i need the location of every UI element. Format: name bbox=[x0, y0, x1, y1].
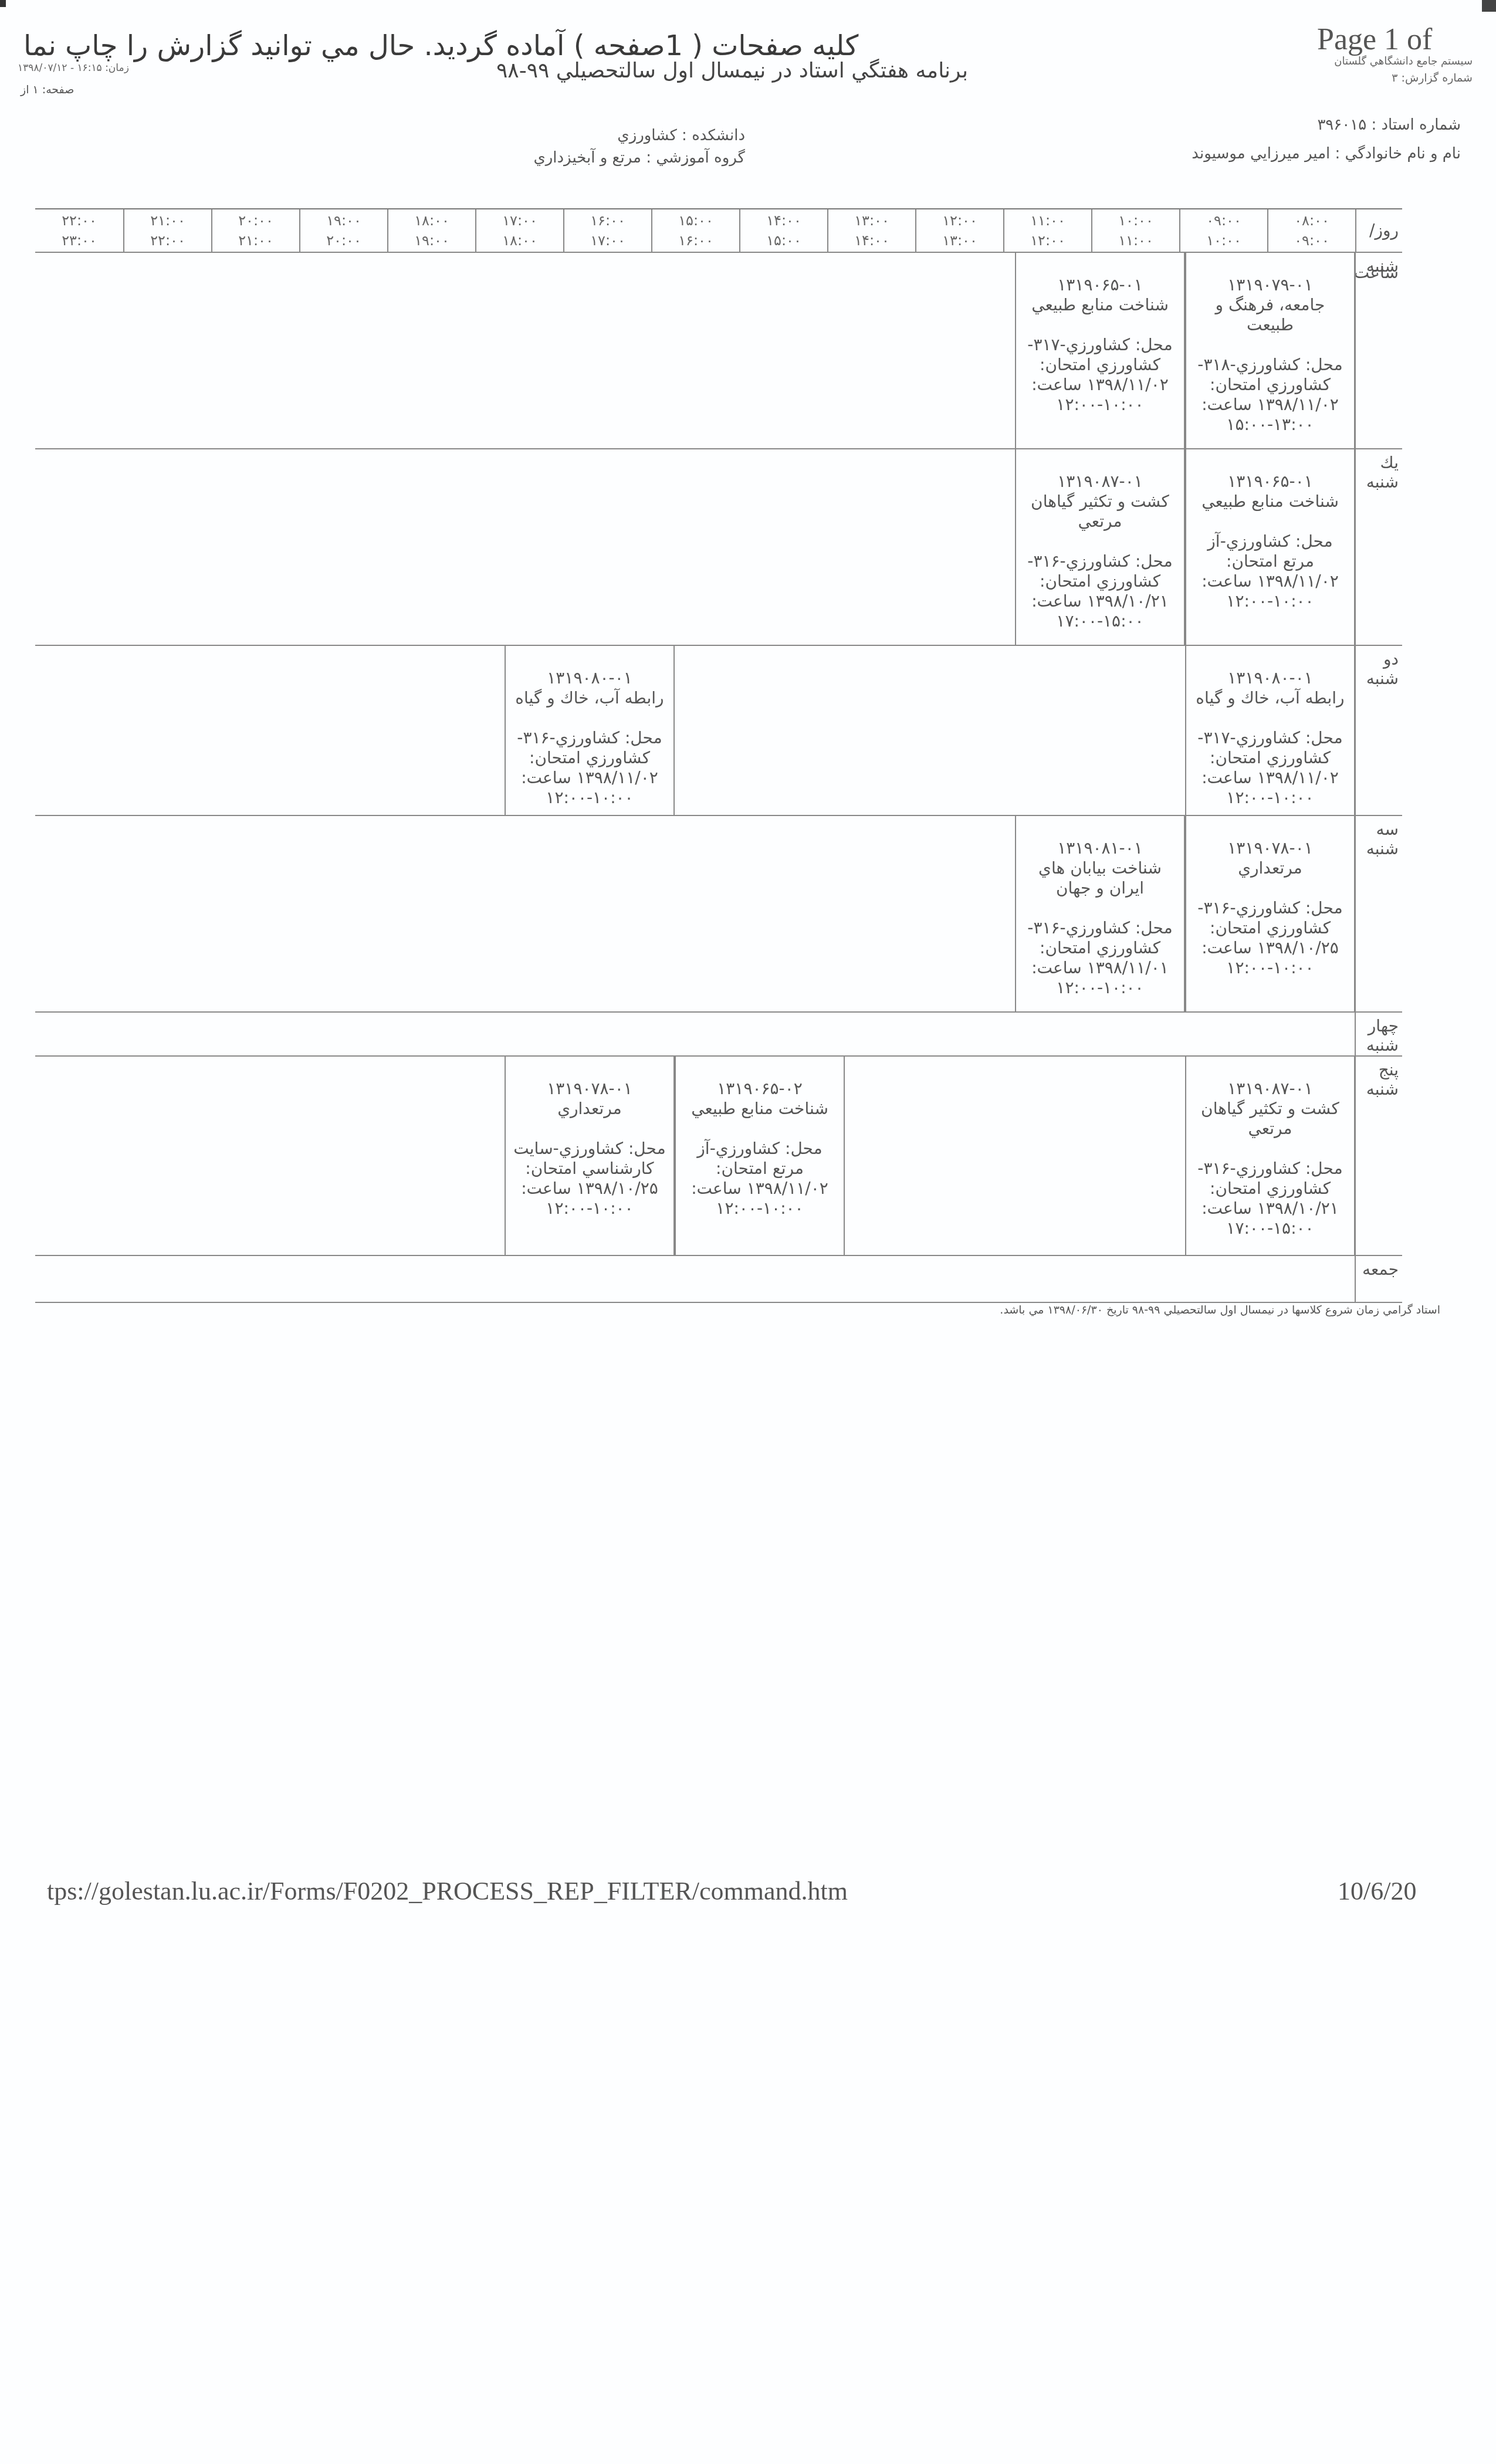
time-slot-end: ۱۶:۰۰ bbox=[652, 231, 739, 251]
course-cell[interactable]: ۱۳۱۹۰۸۷-۰۱کشت و تکثير گياهان مرتعيمحل: ک… bbox=[1015, 448, 1185, 645]
time-slot-start: ۱۸:۰۰ bbox=[388, 211, 475, 231]
time-slot-end: ۱۱:۰۰ bbox=[1092, 231, 1179, 251]
time-slot-start: ۱۴:۰۰ bbox=[740, 211, 827, 231]
time-slot-header: ۱۹:۰۰۲۰:۰۰ bbox=[299, 209, 387, 252]
time-slot-start: ۱۶:۰۰ bbox=[564, 211, 651, 231]
system-name: سيستم جامع دانشگاهي گلستان bbox=[1279, 55, 1473, 67]
time-slot-end: ۱۸:۰۰ bbox=[476, 231, 563, 251]
course-code: ۱۳۱۹۰۷۹-۰۱ bbox=[1191, 275, 1349, 295]
course-cell[interactable]: ۱۳۱۹۰۶۵-۰۱شناخت منابع طبيعيمحل: کشاورزي-… bbox=[1015, 252, 1185, 448]
day-label: چهار شنبه bbox=[1355, 1011, 1402, 1055]
footer-date: 10/6/20 bbox=[1338, 1876, 1416, 1906]
time-slot-header: ۱۵:۰۰۱۶:۰۰ bbox=[651, 209, 739, 252]
course-code: ۱۳۱۹۰۸۰-۰۱ bbox=[510, 668, 669, 688]
course-location-exam: محل: کشاورزي-۳۱۷-کشاورزي امتحان: ۱۳۹۸/۱۱… bbox=[1191, 728, 1349, 808]
teacher-id: شماره استاد : ۳۹۶۰۱۵ bbox=[1144, 116, 1461, 134]
time-slot-header: ۰۹:۰۰۱۰:۰۰ bbox=[1179, 209, 1267, 252]
course-name: شناخت منابع طبيعي bbox=[1191, 492, 1349, 512]
time-slot-start: ۲۱:۰۰ bbox=[124, 211, 211, 231]
day-row: پنج شنبه۱۳۱۹۰۸۷-۰۱کشت و تکثير گياهان مرت… bbox=[35, 1055, 1402, 1256]
time-slot-start: ۰۸:۰۰ bbox=[1268, 211, 1355, 231]
day-row: دو شنبه۱۳۱۹۰۸۰-۰۱رابطه آب، خاك و گياهمحل… bbox=[35, 645, 1402, 816]
footnote: استاد گرامي زمان شروع کلاسها در نيمسال ا… bbox=[780, 1304, 1440, 1316]
course-cell[interactable]: ۱۳۱۹۰۶۵-۰۲شناخت منابع طبيعيمحل: کشاورزي-… bbox=[675, 1055, 845, 1255]
time-slot-end: ۱۴:۰۰ bbox=[828, 231, 915, 251]
spacer bbox=[1191, 1139, 1349, 1159]
time-slot-header: ۲۰:۰۰۲۱:۰۰ bbox=[211, 209, 299, 252]
course-name: مرتعداري bbox=[1191, 858, 1349, 878]
course-location-exam: محل: کشاورزي-۳۱۶-کشاورزي امتحان: ۱۳۹۸/۱۱… bbox=[1021, 918, 1179, 998]
report-timestamp: زمان: ۱۶:۱۵ - ۱۳۹۸/۰۷/۱۲ bbox=[18, 62, 129, 74]
course-location-exam: محل: کشاورزي-۳۱۶-کشاورزي امتحان: ۱۳۹۸/۱۰… bbox=[1021, 551, 1179, 631]
time-slot-header: ۱۶:۰۰۱۷:۰۰ bbox=[563, 209, 651, 252]
day-label: جمعه bbox=[1355, 1255, 1402, 1302]
course-code: ۱۳۱۹۰۸۷-۰۱ bbox=[1021, 472, 1179, 492]
time-slot-header: ۰۸:۰۰۰۹:۰۰ bbox=[1267, 209, 1355, 252]
course-location-exam: محل: کشاورزي-۳۱۶-کشاورزي امتحان: ۱۳۹۸/۱۱… bbox=[510, 728, 669, 808]
spacer bbox=[1021, 315, 1179, 335]
day-label: يك شنبه bbox=[1355, 448, 1402, 645]
course-code: ۱۳۱۹۰۶۵-۰۱ bbox=[1021, 275, 1179, 295]
course-name: رابطه آب، خاك و گياه bbox=[510, 688, 669, 708]
course-location-exam: محل: کشاورزي-۳۱۷-کشاورزي امتحان: ۱۳۹۸/۱۱… bbox=[1021, 335, 1179, 415]
time-slot-start: ۱۵:۰۰ bbox=[652, 211, 739, 231]
course-name: کشت و تکثير گياهان مرتعي bbox=[1191, 1099, 1349, 1139]
course-location-exam: محل: کشاورزي-۳۱۸-کشاورزي امتحان: ۱۳۹۸/۱۱… bbox=[1191, 355, 1349, 435]
time-slot-header: ۱۱:۰۰۱۲:۰۰ bbox=[1003, 209, 1091, 252]
time-slot-header: ۱۴:۰۰۱۵:۰۰ bbox=[739, 209, 827, 252]
course-code: ۱۳۱۹۰۶۵-۰۱ bbox=[1191, 472, 1349, 492]
course-cell[interactable]: ۱۳۱۹۰۷۸-۰۱مرتعداريمحل: کشاورزي-۳۱۶-کشاور… bbox=[1185, 815, 1355, 1011]
course-cell[interactable]: ۱۳۱۹۰۸۷-۰۱کشت و تکثير گياهان مرتعيمحل: ک… bbox=[1185, 1055, 1355, 1255]
report-number: شماره گزارش: ۳ bbox=[1279, 72, 1473, 84]
time-slot-header: ۱۲:۰۰۱۳:۰۰ bbox=[915, 209, 1003, 252]
report-title: برنامه هفتگي استاد در نيمسال اول سالتحصي… bbox=[522, 59, 968, 83]
time-slot-start: ۲۲:۰۰ bbox=[35, 211, 123, 231]
course-cell[interactable]: ۱۳۱۹۰۸۱-۰۱شناخت بيابان هاي ايران و جهانم… bbox=[1015, 815, 1185, 1011]
time-slot-end: ۱۵:۰۰ bbox=[740, 231, 827, 251]
course-location-exam: محل: کشاورزي-آز مرتع امتحان: ۱۳۹۸/۱۱/۰۲ … bbox=[1191, 532, 1349, 611]
scan-edge bbox=[0, 0, 6, 7]
spacer bbox=[1191, 335, 1349, 355]
time-slot-end: ۱۷:۰۰ bbox=[564, 231, 651, 251]
course-location-exam: محل: کشاورزي-آز مرتع امتحان: ۱۳۹۸/۱۱/۰۲ … bbox=[681, 1139, 839, 1219]
time-slot-end: ۱۳:۰۰ bbox=[916, 231, 1003, 251]
time-slot-header: ۱۰:۰۰۱۱:۰۰ bbox=[1091, 209, 1179, 252]
department: گروه آموزشي : مرتع و آبخيزداري bbox=[469, 149, 745, 167]
time-slot-start: ۱۹:۰۰ bbox=[300, 211, 387, 231]
course-code: ۱۳۱۹۰۷۸-۰۱ bbox=[1191, 838, 1349, 858]
course-name: کشت و تکثير گياهان مرتعي bbox=[1021, 492, 1179, 532]
course-cell[interactable]: ۱۳۱۹۰۶۵-۰۱شناخت منابع طبيعيمحل: کشاورزي-… bbox=[1185, 448, 1355, 645]
course-location-exam: محل: کشاورزي-۳۱۶-کشاورزي امتحان: ۱۳۹۸/۱۰… bbox=[1191, 1159, 1349, 1238]
time-slot-header: ۲۲:۰۰۲۳:۰۰ bbox=[35, 209, 123, 252]
spacer bbox=[510, 708, 669, 728]
time-slot-start: ۱۱:۰۰ bbox=[1004, 211, 1091, 231]
spacer bbox=[1191, 708, 1349, 728]
time-slot-end: ۲۲:۰۰ bbox=[124, 231, 211, 251]
time-slot-start: ۱۰:۰۰ bbox=[1092, 211, 1179, 231]
course-cell[interactable]: ۱۳۱۹۰۸۰-۰۱رابطه آب، خاك و گياهمحل: کشاور… bbox=[505, 645, 675, 815]
time-slot-header: ۱۸:۰۰۱۹:۰۰ bbox=[387, 209, 475, 252]
course-code: ۱۳۱۹۰۷۸-۰۱ bbox=[510, 1079, 669, 1099]
time-slot-start: ۱۳:۰۰ bbox=[828, 211, 915, 231]
page-number: صفحه: ۱ از bbox=[21, 83, 74, 96]
spacer bbox=[1191, 512, 1349, 532]
course-name: جامعه، فرهنگ و طبيعت bbox=[1191, 295, 1349, 335]
course-name: شناخت منابع طبيعي bbox=[681, 1099, 839, 1119]
time-slot-header: ۱۷:۰۰۱۸:۰۰ bbox=[475, 209, 563, 252]
time-slot-start: ۲۰:۰۰ bbox=[212, 211, 299, 231]
time-slot-header: ۱۳:۰۰۱۴:۰۰ bbox=[827, 209, 915, 252]
time-slot-end: ۲۱:۰۰ bbox=[212, 231, 299, 251]
spacer bbox=[1191, 878, 1349, 898]
day-row: شنبه۱۳۱۹۰۷۹-۰۱جامعه، فرهنگ و طبيعتمحل: ک… bbox=[35, 252, 1402, 449]
time-slot-start: ۱۲:۰۰ bbox=[916, 211, 1003, 231]
time-slot-end: ۱۲:۰۰ bbox=[1004, 231, 1091, 251]
spacer bbox=[681, 1119, 839, 1139]
course-name: مرتعداري bbox=[510, 1099, 669, 1119]
course-cell[interactable]: ۱۳۱۹۰۸۰-۰۱رابطه آب، خاك و گياهمحل: کشاور… bbox=[1185, 645, 1355, 815]
course-location-exam: محل: کشاورزي-سايت کارشناسي امتحان: ۱۳۹۸/… bbox=[510, 1139, 669, 1219]
course-name: شناخت بيابان هاي ايران و جهان bbox=[1021, 858, 1179, 898]
course-code: ۱۳۱۹۰۸۱-۰۱ bbox=[1021, 838, 1179, 858]
table-header: روز/ساعت۰۸:۰۰۰۹:۰۰۰۹:۰۰۱۰:۰۰۱۰:۰۰۱۱:۰۰۱۱… bbox=[35, 208, 1402, 253]
page-indicator: Page 1 of bbox=[1317, 22, 1432, 57]
faculty: دانشکده : کشاورزي bbox=[528, 127, 745, 144]
report-ready-message: کليه صفحات ( 1صفحه ) آماده گرديد. حال مي… bbox=[23, 29, 858, 62]
day-row: سه شنبه۱۳۱۹۰۷۸-۰۱مرتعداريمحل: کشاورزي-۳۱… bbox=[35, 815, 1402, 1013]
day-row: چهار شنبه bbox=[35, 1011, 1402, 1057]
time-slot-end: ۲۰:۰۰ bbox=[300, 231, 387, 251]
course-code: ۱۳۱۹۰۸۰-۰۱ bbox=[1191, 668, 1349, 688]
time-slot-end: ۱۹:۰۰ bbox=[388, 231, 475, 251]
footer-url: tps://golestan.lu.ac.ir/Forms/F0202_PROC… bbox=[47, 1876, 848, 1906]
course-code: ۱۳۱۹۰۸۷-۰۱ bbox=[1191, 1079, 1349, 1099]
course-location-exam: محل: کشاورزي-۳۱۶-کشاورزي امتحان: ۱۳۹۸/۱۰… bbox=[1191, 898, 1349, 978]
day-label: سه شنبه bbox=[1355, 815, 1402, 1011]
day-row: جمعه bbox=[35, 1255, 1402, 1303]
spacer bbox=[1021, 898, 1179, 918]
time-slot-header: ۲۱:۰۰۲۲:۰۰ bbox=[123, 209, 211, 252]
day-label: شنبه bbox=[1355, 252, 1402, 448]
course-cell[interactable]: ۱۳۱۹۰۷۸-۰۱مرتعداريمحل: کشاورزي-سايت کارش… bbox=[505, 1055, 675, 1255]
day-row: يك شنبه۱۳۱۹۰۶۵-۰۱شناخت منابع طبيعيمحل: ک… bbox=[35, 448, 1402, 646]
spacer bbox=[1021, 532, 1179, 551]
teacher-name: نام و نام خانوادگي : امير ميرزايي موسيون… bbox=[1085, 145, 1461, 163]
time-slot-start: ۰۹:۰۰ bbox=[1180, 211, 1267, 231]
course-code: ۱۳۱۹۰۶۵-۰۲ bbox=[681, 1079, 839, 1099]
spacer bbox=[510, 1119, 669, 1139]
scan-edge bbox=[1482, 0, 1496, 12]
time-slot-end: ۰۹:۰۰ bbox=[1268, 231, 1355, 251]
course-name: شناخت منابع طبيعي bbox=[1021, 295, 1179, 315]
time-slot-start: ۱۷:۰۰ bbox=[476, 211, 563, 231]
time-slot-end: ۱۰:۰۰ bbox=[1180, 231, 1267, 251]
day-label: پنج شنبه bbox=[1355, 1055, 1402, 1255]
day-label: دو شنبه bbox=[1355, 645, 1402, 815]
course-name: رابطه آب، خاك و گياه bbox=[1191, 688, 1349, 708]
time-slot-end: ۲۳:۰۰ bbox=[35, 231, 123, 251]
course-cell[interactable]: ۱۳۱۹۰۷۹-۰۱جامعه، فرهنگ و طبيعتمحل: کشاور… bbox=[1185, 252, 1355, 448]
header-day-time-label: روز/ساعت bbox=[1355, 209, 1402, 252]
